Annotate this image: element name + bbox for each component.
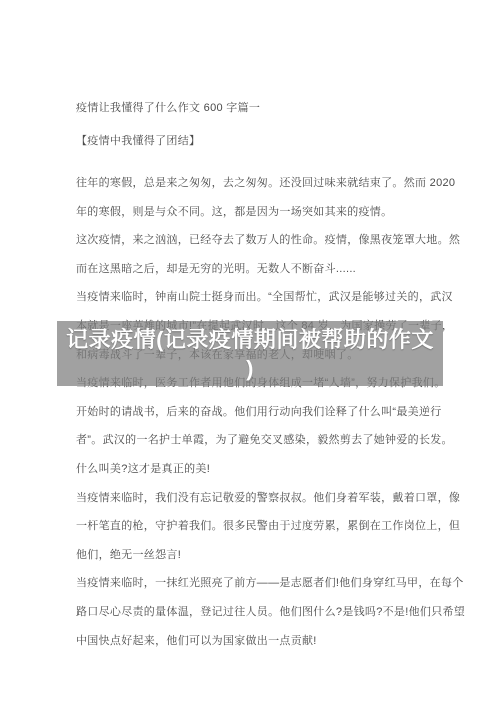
essay-line-p1-l2: 年的寒假，则是与众不同。这，都是因为一场突如其来的疫情。 (76, 198, 496, 227)
essay-body: 往年的寒假，总是来之匆匆，去之匆匆。还没回过味来就结束了。然而 2020年的寒假… (76, 169, 496, 655)
essay-title: 疫情让我懂得了什么作文 600 字篇一 (76, 100, 260, 116)
essay-line-p6-l2: 路口尽心尽责的量体温，登记过往人员。他们图什么?是钱吗?不是!他们只希望 (76, 598, 496, 627)
essay-line-p6-l1: 当疫情来临时，一抹红光照亮了前方——是志愿者们!他们身穿红马甲，在每个 (76, 569, 496, 598)
essay-line-p1-l1: 往年的寒假，总是来之匆匆，去之匆匆。还没回过味来就结束了。然而 2020 (76, 169, 496, 198)
essay-subtitle: 【疫情中我懂得了团结】 (76, 133, 200, 149)
article-title-line-2: ) (57, 354, 443, 383)
essay-line-p5-l1: 当疫情来临时，我们没有忘记敬爱的警察叔叔。他们身着军装，戴着口罩，像 (76, 484, 496, 513)
article-title-line-1: 记录疫情(记录疫情期间被帮助的作文 (57, 325, 443, 354)
essay-line-p2-l1: 这次疫情，来之汹汹，已经夺去了数万人的性命。疫情，像黑夜笼罩大地。然 (76, 226, 496, 255)
essay-line-p4-l4: 什么叫美?这才是真正的美! (76, 455, 496, 484)
essay-line-p5-l3: 他们，绝无一丝怨言! (76, 541, 496, 570)
document-page: 疫情让我懂得了什么作文 600 字篇一 【疫情中我懂得了团结】 往年的寒假，总是… (0, 0, 500, 706)
essay-line-p6-l3: 中国快点好起来，他们可以为国家做出一点贡献! (76, 627, 496, 656)
essay-line-p3-l1: 当疫情来临时，钟南山院士挺身而出。“全国帮忙，武汉是能够过关的，武汉 (76, 283, 496, 312)
article-title-overlay: 记录疫情(记录疫情期间被帮助的作文 ) (57, 321, 443, 386)
essay-line-p4-l2: 开始时的请战书，后来的奋战。他们用行动向我们诠释了什么叫“最美逆行 (76, 398, 496, 427)
essay-line-p5-l2: 一杆笔直的枪，守护着我们。很多民警由于过度劳累，累倒在工作岗位上，但 (76, 512, 496, 541)
essay-line-p2-l2: 而在这黑暗之后，却是无穷的光明。无数人不断奋斗...... (76, 255, 496, 284)
essay-line-p4-l3: 者”。武汉的一名护士单霞，为了避免交叉感染，毅然剪去了她钟爱的长发。 (76, 426, 496, 455)
